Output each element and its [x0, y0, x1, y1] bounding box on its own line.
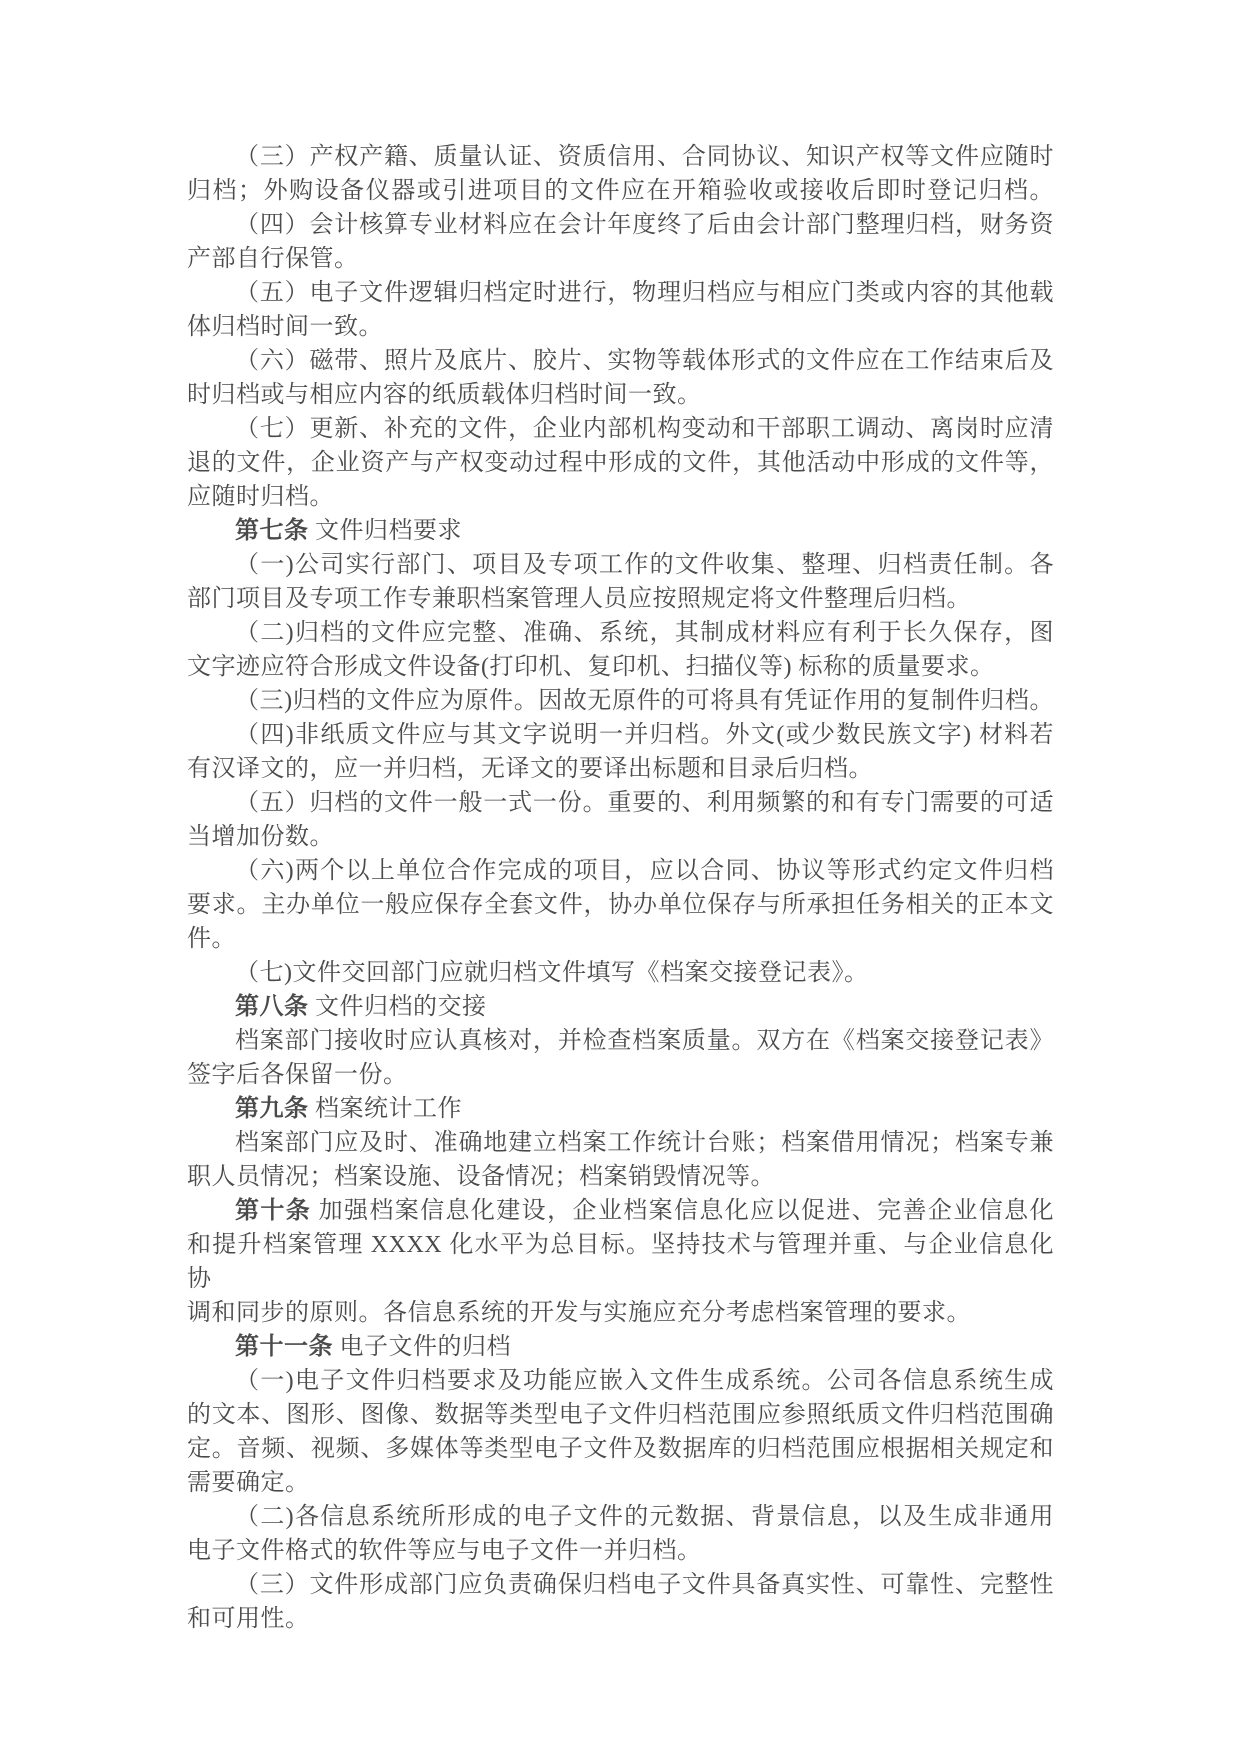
text-line: 时归档或与相应内容的纸质载体归档时间一致。 [187, 378, 1054, 412]
article-number: 第九条 [235, 1096, 309, 1122]
text-line: 第七条 文件归档要求 [187, 514, 1054, 548]
text-line: 产部自行保管。 [187, 242, 1054, 276]
text-line: 归档；外购设备仪器或引进项目的文件应在开箱验收或接收后即时登记归档。 [187, 174, 1054, 208]
text-line: （三)归档的文件应为原件。因故无原件的可将具有凭证作用的复制件归档。 [187, 684, 1054, 718]
text-line: 需要确定。 [187, 1466, 1054, 1500]
text-line: （三）文件形成部门应负责确保归档电子文件具备真实性、可靠性、完整性 [187, 1568, 1054, 1602]
text-line: （二)各信息系统所形成的电子文件的元数据、背景信息，以及生成非通用 [187, 1500, 1054, 1534]
text-line: （二)归档的文件应完整、准确、系统，其制成材料应有利于长久保存，图 [187, 616, 1054, 650]
text-line: 的文本、图形、图像、数据等类型电子文件归档范围应参照纸质文件归档范围确 [187, 1398, 1054, 1432]
text-line: 退的文件，企业资产与产权变动过程中形成的文件，其他活动中形成的文件等， [187, 446, 1054, 480]
text-line: 文字迹应符合形成文件设备(打印机、复印机、扫描仪等) 标称的质量要求。 [187, 650, 1054, 684]
article-number: 第十一条 [235, 1334, 333, 1360]
article-number: 第七条 [235, 518, 309, 544]
text-line: 有汉译文的，应一并归档，无译文的要译出标题和目录后归档。 [187, 752, 1054, 786]
text-line: 件。 [187, 922, 1054, 956]
text-line: （一)电子文件归档要求及功能应嵌入文件生成系统。公司各信息系统生成 [187, 1364, 1054, 1398]
text-line: 职人员情况；档案设施、设备情况；档案销毁情况等。 [187, 1160, 1054, 1194]
text-line: 档案部门接收时应认真核对，并检查档案质量。双方在《档案交接登记表》 [187, 1024, 1054, 1058]
text-line: 签字后各保留一份。 [187, 1058, 1054, 1092]
text-line: （六)两个以上单位合作完成的项目，应以合同、协议等形式约定文件归档 [187, 854, 1054, 888]
document-page: （三）产权产籍、质量认证、资质信用、合同协议、知识产权等文件应随时归档；外购设备… [0, 0, 1241, 1755]
text-line: 体归档时间一致。 [187, 310, 1054, 344]
text-line: （三）产权产籍、质量认证、资质信用、合同协议、知识产权等文件应随时 [187, 140, 1054, 174]
text-line: 要求。主办单位一般应保存全套文件，协办单位保存与所承担任务相关的正本文 [187, 888, 1054, 922]
text-line: （四）会计核算专业材料应在会计年度终了后由会计部门整理归档，财务资 [187, 208, 1054, 242]
text-line: （五）归档的文件一般一式一份。重要的、利用频繁的和有专门需要的可适 [187, 786, 1054, 820]
text-line: 第九条 档案统计工作 [187, 1092, 1054, 1126]
text-line: 部门项目及专项工作专兼职档案管理人员应按照规定将文件整理后归档。 [187, 582, 1054, 616]
text-line: 第十条 加强档案信息化建设，企业档案信息化应以促进、完善企业信息化 [187, 1194, 1054, 1228]
article-number: 第八条 [235, 994, 309, 1020]
text-line: （七）更新、补充的文件，企业内部机构变动和干部职工调动、离岗时应清 [187, 412, 1054, 446]
text-line: 档案部门应及时、准确地建立档案工作统计台账；档案借用情况；档案专兼 [187, 1126, 1054, 1160]
article-number: 第十条 [235, 1198, 311, 1224]
text-line: 调和同步的原则。各信息系统的开发与实施应充分考虑档案管理的要求。 [187, 1296, 1054, 1330]
text-line: 电子文件格式的软件等应与电子文件一并归档。 [187, 1534, 1054, 1568]
text-line: 应随时归档。 [187, 480, 1054, 514]
text-line: （五）电子文件逻辑归档定时进行，物理归档应与相应门类或内容的其他载 [187, 276, 1054, 310]
text-line: （一)公司实行部门、项目及专项工作的文件收集、整理、归档责任制。各 [187, 548, 1054, 582]
text-line: （六）磁带、照片及底片、胶片、实物等载体形式的文件应在工作结束后及 [187, 344, 1054, 378]
text-line: （四)非纸质文件应与其文字说明一并归档。外文(或少数民族文字) 材料若 [187, 718, 1054, 752]
text-line: 和可用性。 [187, 1602, 1054, 1636]
text-line: 第八条 文件归档的交接 [187, 990, 1054, 1024]
text-line: 定。音频、视频、多媒体等类型电子文件及数据库的归档范围应根据相关规定和 [187, 1432, 1054, 1466]
document-body: （三）产权产籍、质量认证、资质信用、合同协议、知识产权等文件应随时归档；外购设备… [187, 140, 1054, 1636]
text-line: （七)文件交回部门应就归档文件填写《档案交接登记表》。 [187, 956, 1054, 990]
text-line: 当增加份数。 [187, 820, 1054, 854]
text-line: 第十一条 电子文件的归档 [187, 1330, 1054, 1364]
text-line: 和提升档案管理 XXXX 化水平为总目标。坚持技术与管理并重、与企业信息化协 [187, 1228, 1054, 1296]
